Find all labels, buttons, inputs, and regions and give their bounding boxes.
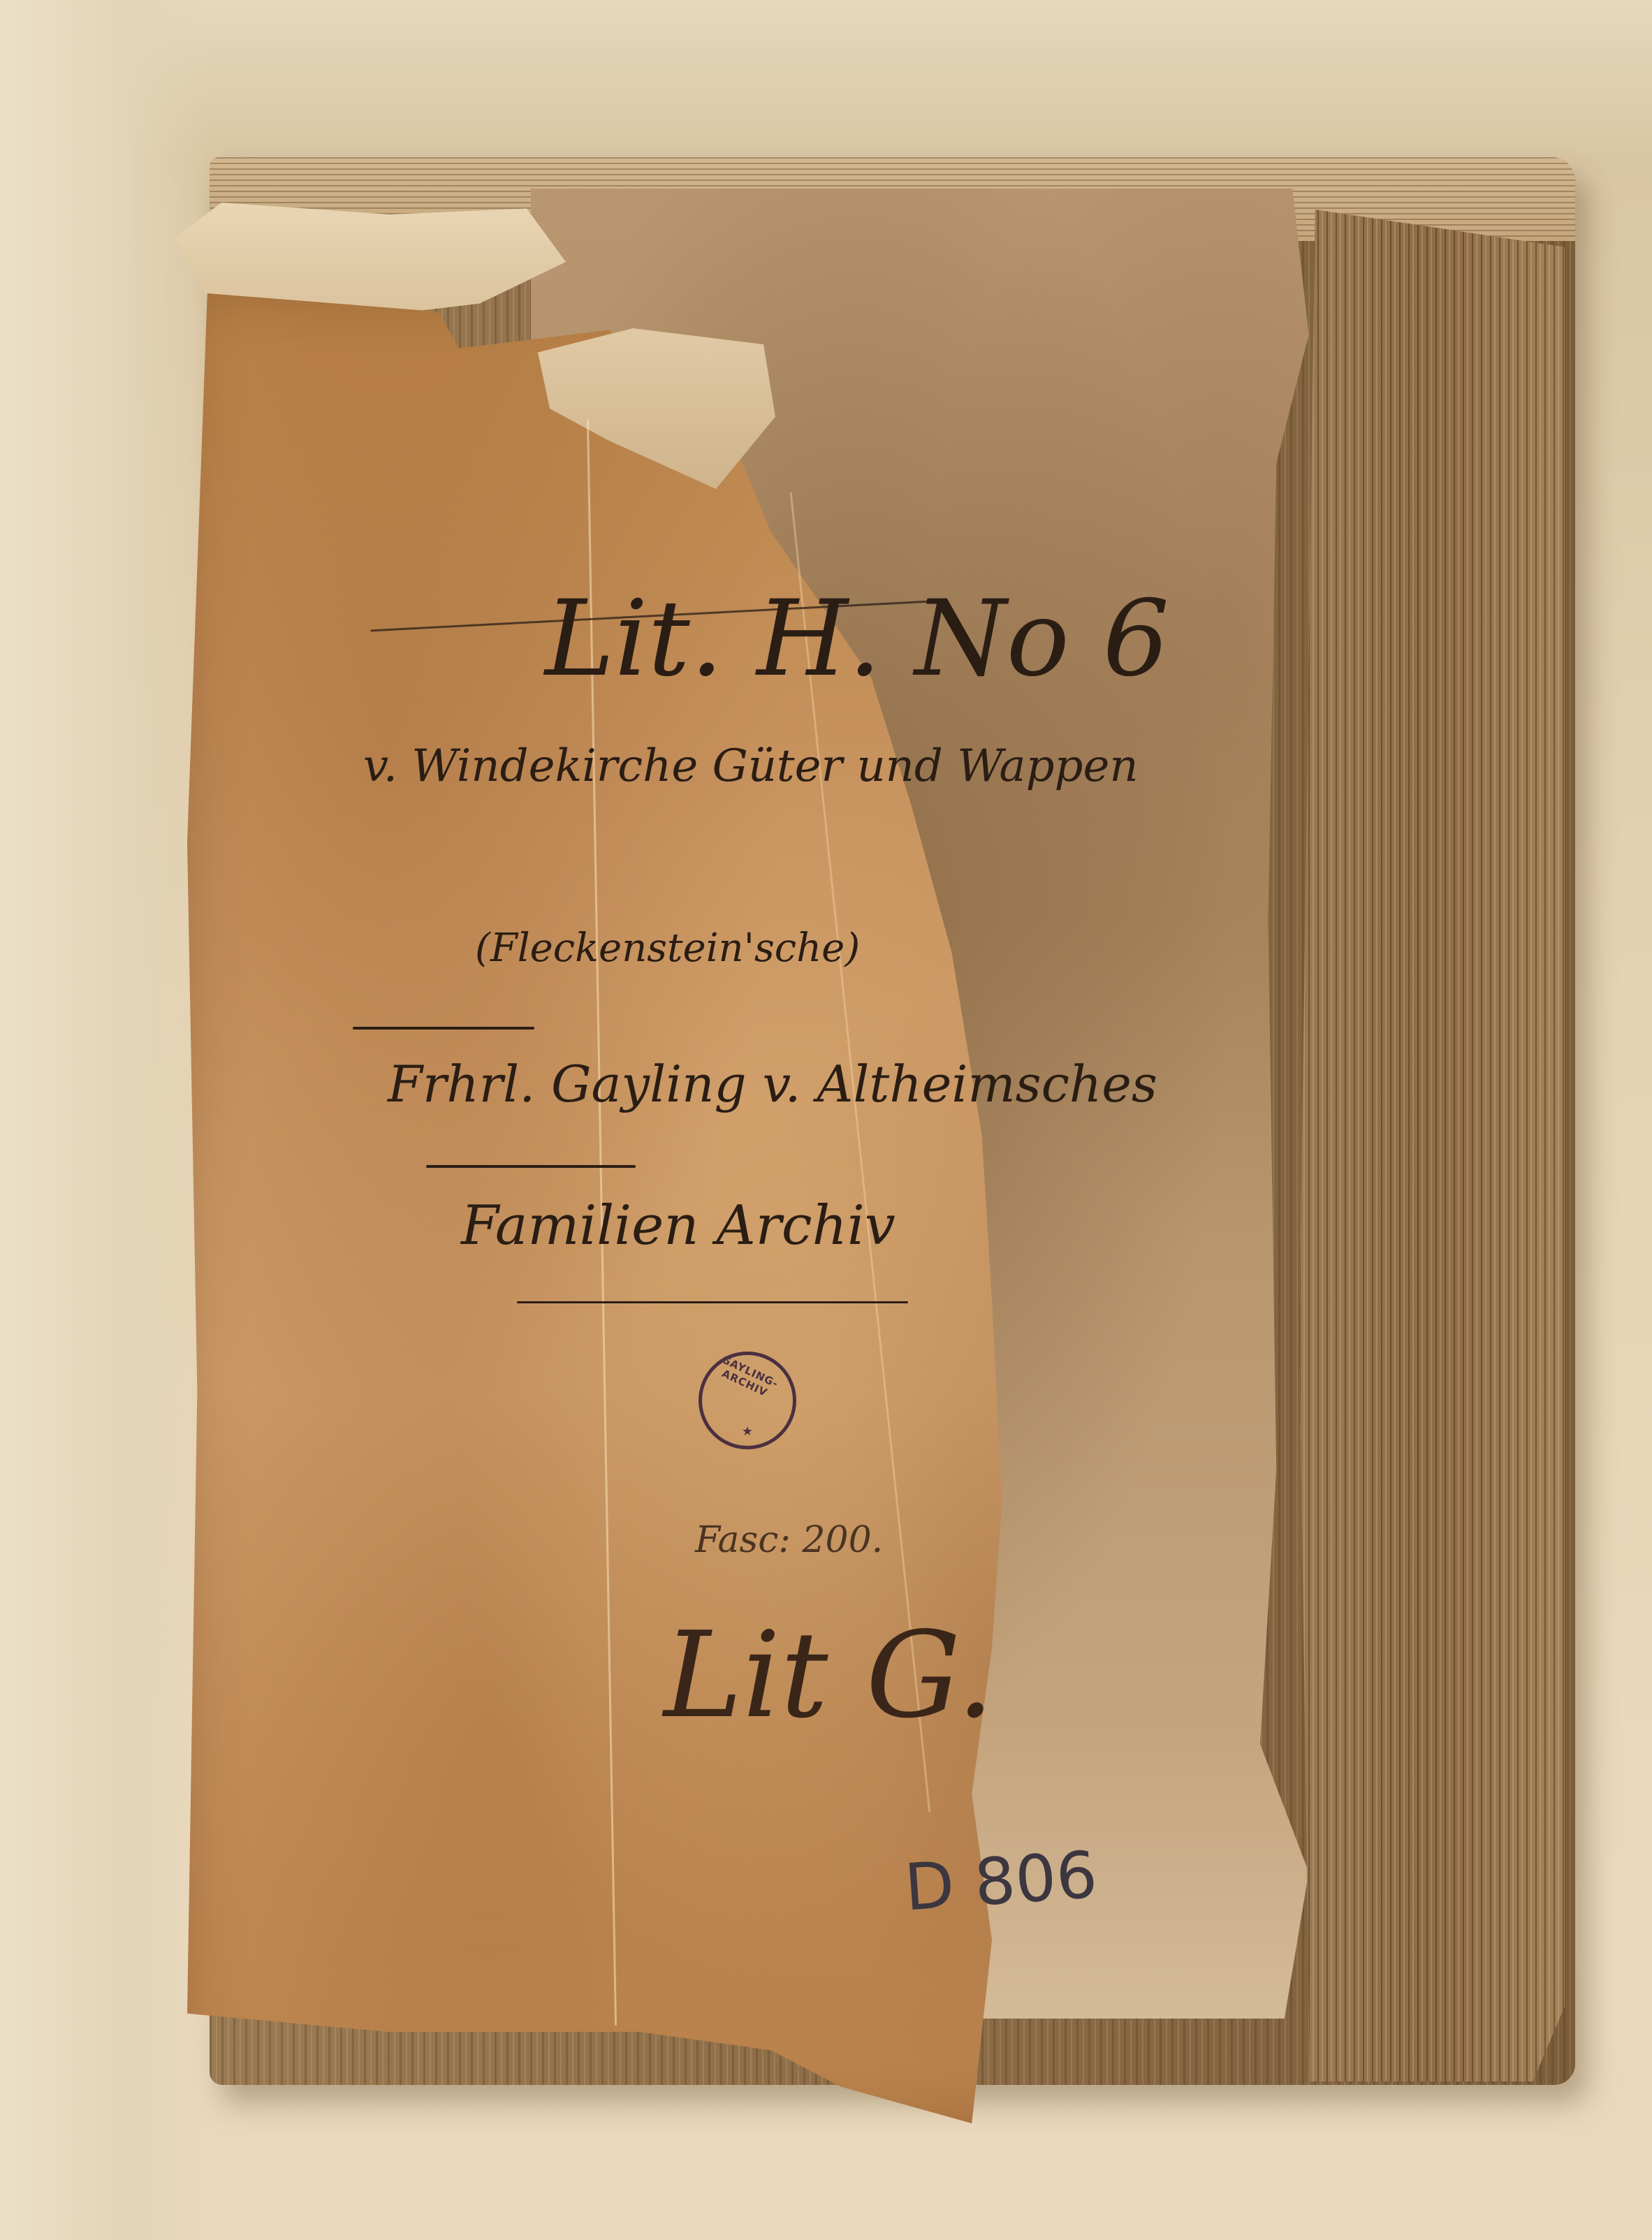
page-fore-edge [1299,210,1565,2081]
underline [517,1301,908,1303]
flourish-line [353,1027,534,1030]
flourish-line [426,1165,636,1168]
owner-line: Frhrl. Gayling v. Altheimsches [388,1055,1157,1113]
subtitle-line: (Fleckenstein'sche) [475,925,860,971]
fascicle-number: Fasc: 200. [695,1519,883,1561]
archive-line: Familien Archiv [461,1194,896,1257]
star-icon: ★ [702,1424,793,1439]
background [0,0,210,2240]
pencil-number: D 806 [902,1838,1099,1926]
archive-stamp: GAYLING-ARCHIV ★ [699,1352,796,1449]
shelfmark: Lit. H. No 6 [545,587,1169,691]
title-line: v. Windekirche Güter und Wappen [363,740,1139,792]
signature-mark: Lit G. [664,1606,994,1745]
